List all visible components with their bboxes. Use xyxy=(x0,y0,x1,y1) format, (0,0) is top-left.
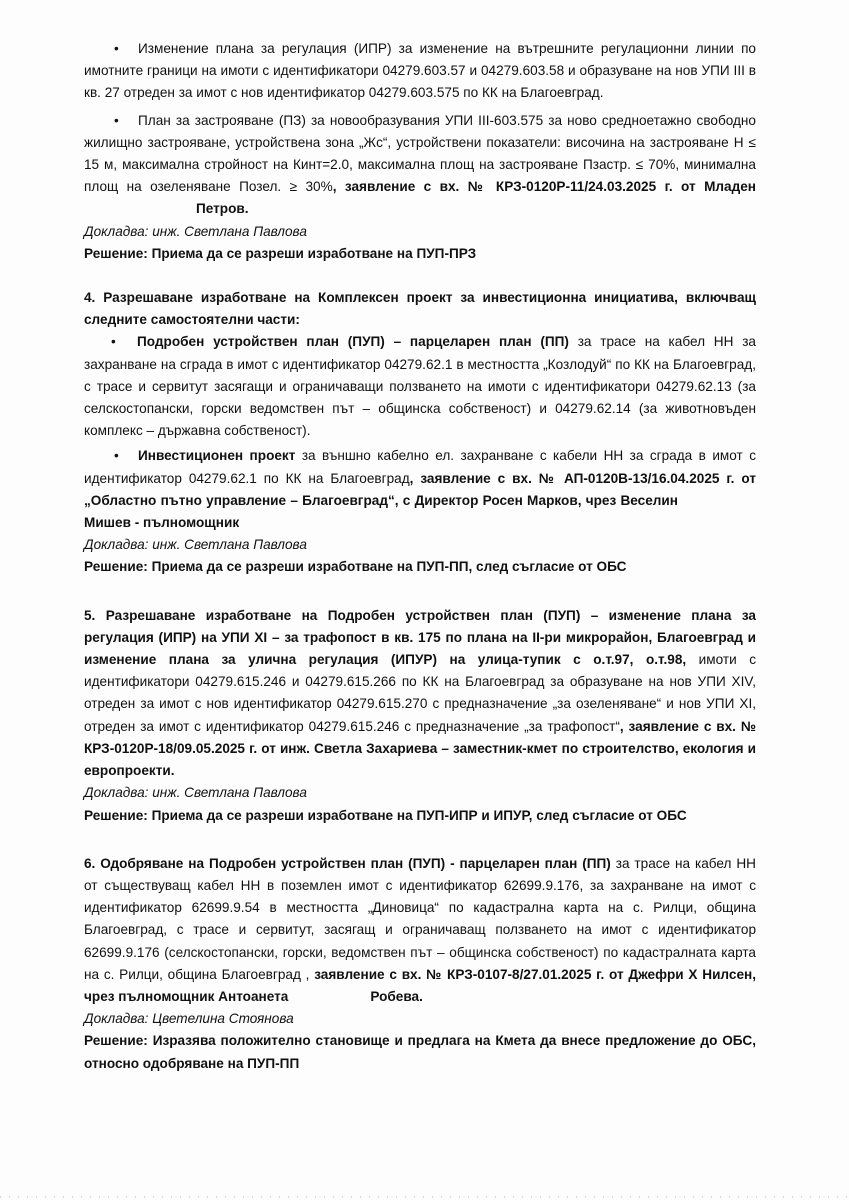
reporter-line: Докладва: инж. Светлана Павлова xyxy=(84,221,756,243)
reporter-line: Докладва: Цветелина Стоянова xyxy=(84,1008,756,1030)
item-4-bullet-pup: •Подробен устройствен план (ПУП) – парце… xyxy=(84,331,756,442)
decision-line: Решение: Приема да се разреши изработван… xyxy=(84,805,756,827)
reporter-line: Докладва: инж. Светлана Павлова xyxy=(84,534,756,556)
document-page: •Изменение плана за регулация (ИПР) за и… xyxy=(84,38,756,1075)
item-6: 6. Одобряване на Подробен устройствен пл… xyxy=(84,853,756,1008)
item-4-heading: 4. Разрешаване изработване на Комплексен… xyxy=(84,287,756,331)
bullet-icon: • xyxy=(111,331,137,353)
scan-edge-artifact xyxy=(0,1196,849,1198)
bullet-icon: • xyxy=(114,38,138,60)
decision-line: Решение: Изразява положително становище … xyxy=(84,1030,756,1074)
decision-line: Решение: Приема да се разреши изработван… xyxy=(84,243,756,265)
bullet-icon: • xyxy=(114,445,138,467)
item-4-bullet-investment: •Инвестиционен проект за външно кабелно … xyxy=(84,445,756,534)
bullet-pz: •План за застрояване (ПЗ) за новообразув… xyxy=(84,110,756,221)
bullet-ipr: •Изменение плана за регулация (ИПР) за и… xyxy=(84,38,756,105)
decision-line: Решение: Приема да се разреши изработван… xyxy=(84,556,756,578)
bullet-icon: • xyxy=(114,110,138,132)
reporter-line: Докладва: инж. Светлана Павлова xyxy=(84,782,756,804)
item-5: 5. Разрешаване изработване на Подробен у… xyxy=(84,605,756,783)
